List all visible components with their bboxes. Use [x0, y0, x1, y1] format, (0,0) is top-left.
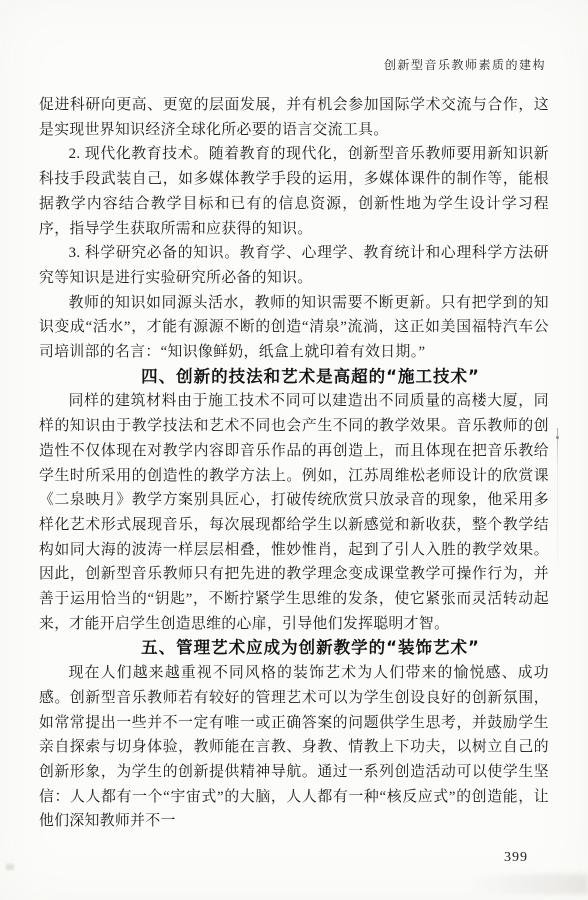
- running-header: 创新型音乐教师素质的建构: [384, 56, 546, 73]
- page-number: 399: [504, 850, 528, 866]
- paragraph-modern-education-tech: 2. 现代化教育技术。随着教育的现代化，创新型音乐教师要用新知识新科技手段武装自…: [39, 142, 549, 241]
- scan-edge-speck: [6, 864, 14, 870]
- book-page: 创新型音乐教师素质的建构 促进科研向更高、更宽的层面发展，并有机会参加国际学术交…: [0, 0, 588, 900]
- paragraph-management-art: 现在人们越来越重视不同风格的装饰艺术为人们带来的愉悦感、成功感。创新型音乐教师若…: [39, 661, 549, 834]
- section-heading-four: 四、创新的技法和艺术是高超的“施工技术”: [39, 365, 549, 390]
- paragraph-scientific-research-knowledge: 3. 科学研究必备的知识。教育学、心理学、教育统计和心理科学方法研究等知识是进行…: [39, 241, 549, 290]
- scan-corner-shadow: [468, 874, 588, 894]
- text-column: 促进科研向更高、更宽的层面发展，并有机会参加国际学术交流与合作，这是实现世界知识…: [39, 93, 549, 834]
- section-heading-five: 五、管理艺术应成为创新教学的“装饰艺术”: [39, 636, 549, 661]
- paragraph-teaching-technique: 同样的建筑材料由于施工技术不同可以建造出不同质量的高楼大厦，同样的知识由于教学技…: [39, 389, 549, 636]
- scan-dot-artifact: [556, 436, 559, 439]
- paragraph-knowledge-renewal: 教师的知识如同源头活水，教师的知识需要不断更新。只有把学到的知识变成“活水”，才…: [39, 291, 549, 365]
- paragraph-continued: 促进科研向更高、更宽的层面发展，并有机会参加国际学术交流与合作，这是实现世界知识…: [39, 93, 549, 142]
- scan-scratch-artifact: [557, 428, 558, 563]
